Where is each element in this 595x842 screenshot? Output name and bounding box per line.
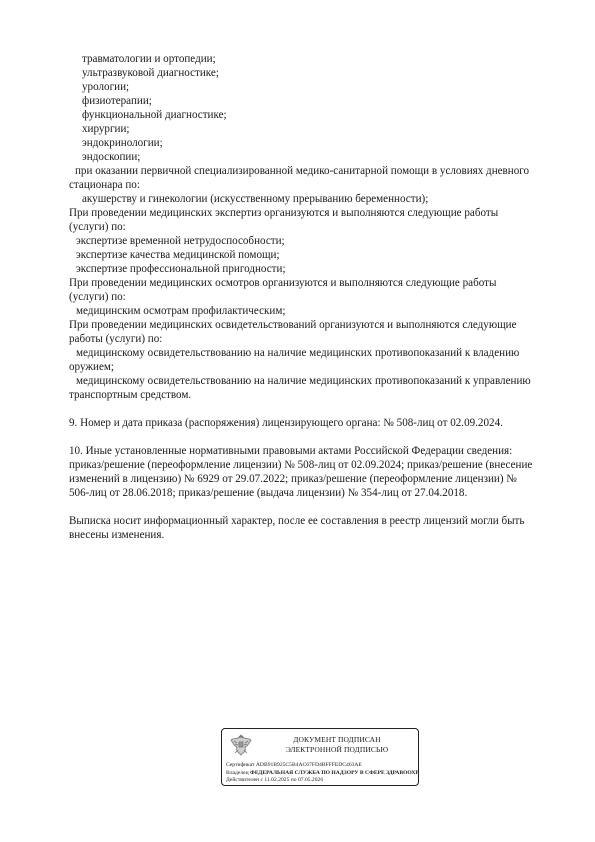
stamp-title-line-1: ДОКУМЕНТ ПОДПИСАН <box>262 735 412 745</box>
certificate-value: ADB91B925C5B4AC67FD4BFFFEDC463AE <box>256 762 362 768</box>
text-line: Выписка носит информационный характер, п… <box>69 514 524 528</box>
text-line: (услуги) по: <box>69 290 126 304</box>
owner-value: ФЕДЕРАЛЬНАЯ СЛУЖБА ПО НАДЗОРУ В СФЕРЕ ЗД… <box>250 770 419 776</box>
text-line: стационара по: <box>69 178 140 192</box>
text-line: экспертизе профессиональной пригодности; <box>76 262 286 276</box>
text-line: 506-лиц от 28.06.2018; приказ/решение (в… <box>69 486 467 500</box>
text-line: экспертизе временной нетрудоспособности; <box>76 234 285 248</box>
text-line: хирургии; <box>82 122 129 136</box>
text-line: физиотерапии; <box>82 94 152 108</box>
text-line: приказ/решение (переоформление лицензии)… <box>69 458 532 472</box>
text-line: 9. Номер и дата приказа (распоряжения) л… <box>69 416 503 430</box>
text-line: эндокринологии; <box>82 136 163 150</box>
text-line: работы (услуги) по: <box>69 332 162 346</box>
document-page: травматологии и ортопедии;ультразвуковой… <box>0 0 595 842</box>
text-line: 10. Иные установленные нормативными прав… <box>69 444 512 458</box>
text-line: транспортным средством. <box>69 388 191 402</box>
text-line: (услуги) по: <box>69 220 126 234</box>
text-line: экспертизе качества медицинской помощи; <box>76 248 280 262</box>
stamp-title: ДОКУМЕНТ ПОДПИСАН ЭЛЕКТРОННОЙ ПОДПИСЬЮ <box>262 735 412 754</box>
text-line: медицинским осмотрам профилактическим; <box>76 304 285 318</box>
text-line: травматологии и ортопедии; <box>82 52 216 66</box>
certificate-label: Сертификат <box>226 762 254 768</box>
text-line: урологии; <box>82 80 129 94</box>
stamp-certificate: Сертификат ADB91B925C5B4AC67FD4BFFFEDC46… <box>226 762 362 769</box>
text-line: При проведении медицинских освидетельств… <box>69 318 517 332</box>
stamp-owner: Владелец ФЕДЕРАЛЬНАЯ СЛУЖБА ПО НАДЗОРУ В… <box>226 770 419 777</box>
owner-label: Владелец <box>226 770 249 776</box>
text-line: при оказании первичной специализированно… <box>75 164 529 178</box>
text-line: При проведении медицинских осмотров орга… <box>69 276 496 290</box>
text-line: оружием; <box>69 360 114 374</box>
stamp-validity: Действителен с 11.02.2025 по 07.05.2026 <box>226 777 323 784</box>
text-line: акушерству и гинекологии (искусственному… <box>82 192 428 206</box>
text-line: При проведении медицинских экспертиз орг… <box>69 206 498 220</box>
text-line: медицинскому освидетельствованию на нали… <box>76 374 531 388</box>
text-line: медицинскому освидетельствованию на нали… <box>76 346 519 360</box>
text-line: ультразвуковой диагностике; <box>82 66 219 80</box>
coat-of-arms-icon <box>228 731 254 757</box>
electronic-signature-stamp: ДОКУМЕНТ ПОДПИСАН ЭЛЕКТРОННОЙ ПОДПИСЬЮ С… <box>221 728 419 786</box>
stamp-title-line-2: ЭЛЕКТРОННОЙ ПОДПИСЬЮ <box>262 745 412 755</box>
text-line: внесены изменения. <box>69 528 164 542</box>
text-line: изменений в лицензию) № 6929 от 29.07.20… <box>69 472 517 486</box>
text-line: функциональной диагностике; <box>82 108 227 122</box>
text-line: эндоскопии; <box>82 150 140 164</box>
